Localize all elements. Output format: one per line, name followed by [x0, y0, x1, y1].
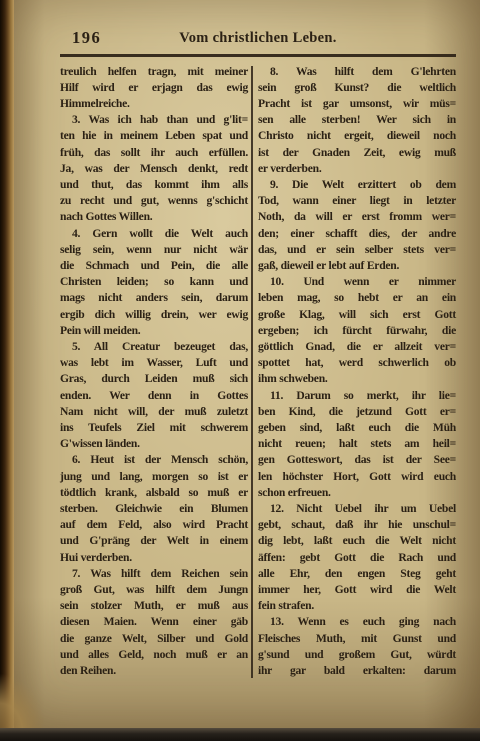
- text-line: und thut, das kommt ihm alls: [60, 177, 248, 193]
- text-line: immer her, Gott wird die Welt: [258, 582, 456, 598]
- text-line: sein stolzer Muth, er muß aus: [60, 598, 248, 614]
- text-line: ten hie in meinem Leben spat und: [60, 128, 248, 144]
- text-line: göttlich Gnad, die er allzeit ver=: [258, 339, 456, 355]
- text-line: den; einer schafft dies, der andre: [258, 226, 456, 242]
- text-line: spottet hat, werd schwerlich ob: [258, 355, 456, 371]
- text-line: Hui verderben.: [60, 550, 248, 566]
- text-line: ins Teufels Ziel mit schwerem: [60, 420, 248, 436]
- page-header: 196 Vom christlichen Leben.: [60, 24, 456, 52]
- text-line: Ja, was der Mensch denkt, redt: [60, 161, 248, 177]
- text-line: g'sund und großem Gut, würdt: [258, 647, 456, 663]
- text-line: auf dem Feld, also wird Pracht: [60, 517, 248, 533]
- text-line: leben mag, so hebt er an ein: [258, 290, 456, 306]
- text-line: ergib dich willig drein, wer ewig: [60, 307, 248, 323]
- text-line: Christo nicht ergeit, dieweil noch: [258, 128, 456, 144]
- text-line: 13. Wenn es euch ging nach: [258, 614, 456, 630]
- text-line: schon erfreuen.: [258, 485, 456, 501]
- text-line: alle Ehr, den engen Steg geht: [258, 566, 456, 582]
- text-line: zu recht und gut, wenns g'schicht: [60, 193, 248, 209]
- book-spine-edge: [0, 0, 14, 732]
- text-line: 11. Darum so merkt, ihr lie=: [258, 388, 456, 404]
- text-line: ergeben; ich fürcht fürwahr, die: [258, 323, 456, 339]
- text-line: die Schmach und Pein, die alle: [60, 258, 248, 274]
- text-line: was lebt im Wasser, Luft und: [60, 355, 248, 371]
- page-content: 196 Vom christlichen Leben. treulich hel…: [60, 24, 456, 679]
- text-line: ihr gar bald erkalten: darum: [258, 663, 456, 679]
- text-line: diesen Maien. Wenn einer gäb: [60, 614, 248, 630]
- text-columns: treulich helfen tragn, mit meinerHilf wi…: [60, 64, 456, 680]
- text-line: gen Gotteswort, das ist der See=: [258, 452, 456, 468]
- text-line: ist der Gnaden Zeit, ewig muß: [258, 145, 456, 161]
- text-line: er verderben.: [258, 161, 456, 177]
- scanned-book-photo: 196 Vom christlichen Leben. treulich hel…: [0, 0, 480, 741]
- text-line: äffen: gebt Gott die Rach und: [258, 550, 456, 566]
- text-line: und G'präng der Welt in einem: [60, 533, 248, 549]
- text-line: gaß, dieweil er lebt auf Erden.: [258, 258, 456, 274]
- text-line: fein strafen.: [258, 598, 456, 614]
- text-line: Pracht ist gar umsonst, wir müs=: [258, 96, 456, 112]
- text-line: Pein will meiden.: [60, 323, 248, 339]
- text-line: 7. Was hilft dem Reichen sein: [60, 566, 248, 582]
- text-line: 12. Nicht Uebel ihr um Uebel: [258, 501, 456, 517]
- text-line: nicht reuen; halt stets am heil=: [258, 436, 456, 452]
- text-line: sterben. Gleichwie ein Blumen: [60, 501, 248, 517]
- text-line: enden. Wer denn in Gottes: [60, 388, 248, 404]
- text-line: 6. Heut ist der Mensch schön,: [60, 452, 248, 468]
- page-edge-curve: [0, 673, 46, 733]
- text-line: treulich helfen tragn, mit meiner: [60, 64, 248, 80]
- text-line: mags nicht anders sein, darum: [60, 290, 248, 306]
- left-column-text: treulich helfen tragn, mit meinerHilf wi…: [60, 64, 248, 680]
- text-line: ben Kind, die jetzund Gott er=: [258, 404, 456, 420]
- text-line: 4. Gern wollt die Welt auch: [60, 226, 248, 242]
- column-divider-rule: [251, 66, 253, 678]
- text-line: die ganze Welt, Silber und Gold: [60, 631, 248, 647]
- table-surface-shadow: [0, 728, 480, 741]
- book-page: 196 Vom christlichen Leben. treulich hel…: [12, 0, 480, 728]
- header-rule: [60, 54, 456, 57]
- text-line: 10. Und wenn er nimmer: [258, 274, 456, 290]
- right-column-text: 8. Was hilft dem G'lehrtensein groß Kuns…: [258, 64, 456, 680]
- text-line: selig sein, wenn nur nicht wär: [60, 242, 248, 258]
- text-line: Nam nicht will, der muß zuletzt: [60, 404, 248, 420]
- text-line: Hilf wird er erjagn das ewig: [60, 80, 248, 96]
- text-line: 5. All Creatur bezeuget das,: [60, 339, 248, 355]
- text-line: und alles Geld, noch muß er an: [60, 647, 248, 663]
- text-line: 3. Was ich hab than und g'lit=: [60, 112, 248, 128]
- text-line: len höchster Hort, Gott wird euch: [258, 469, 456, 485]
- running-title: Vom christlichen Leben.: [60, 30, 456, 47]
- text-line: dig lebt, laßt euch die Welt nicht: [258, 533, 456, 549]
- text-line: tödtlich krank, alsbald so muß er: [60, 485, 248, 501]
- text-line: früh, das sollt ihr auch erfüllen.: [60, 145, 248, 161]
- text-line: Gras, durch Leiden muß sich: [60, 371, 248, 387]
- text-line: große Klag, will sich erst Gott: [258, 307, 456, 323]
- text-line: 9. Die Welt erzittert ob dem: [258, 177, 456, 193]
- text-line: Himmelreiche.: [60, 96, 248, 112]
- text-line: gebt, schaut, daß ihr hie unschul=: [258, 517, 456, 533]
- text-line: groß Gut, was hilft dem Jungn: [60, 582, 248, 598]
- text-line: ihm schweben.: [258, 371, 456, 387]
- text-line: Fleisches Muth, mit Gunst und: [258, 631, 456, 647]
- text-line: sen alle sterben! Wer sich in: [258, 112, 456, 128]
- text-line: Christen leiden; so kann und: [60, 274, 248, 290]
- text-line: geben sind, laßt euch die Müh: [258, 420, 456, 436]
- text-line: jung und lang, morgen so ist er: [60, 469, 248, 485]
- text-line: Tod, wann einer liegt in letzter: [258, 193, 456, 209]
- text-line: den Reihen.: [60, 663, 248, 679]
- text-line: 8. Was hilft dem G'lehrten: [258, 64, 456, 80]
- text-line: G'wissen länden.: [60, 436, 248, 452]
- text-line: nach Gottes Willen.: [60, 209, 248, 225]
- text-line: sein groß Kunst? die weltlich: [258, 80, 456, 96]
- text-line: das, und er sein selber stets ver=: [258, 242, 456, 258]
- text-line: Noth, da will er erst fromm wer=: [258, 209, 456, 225]
